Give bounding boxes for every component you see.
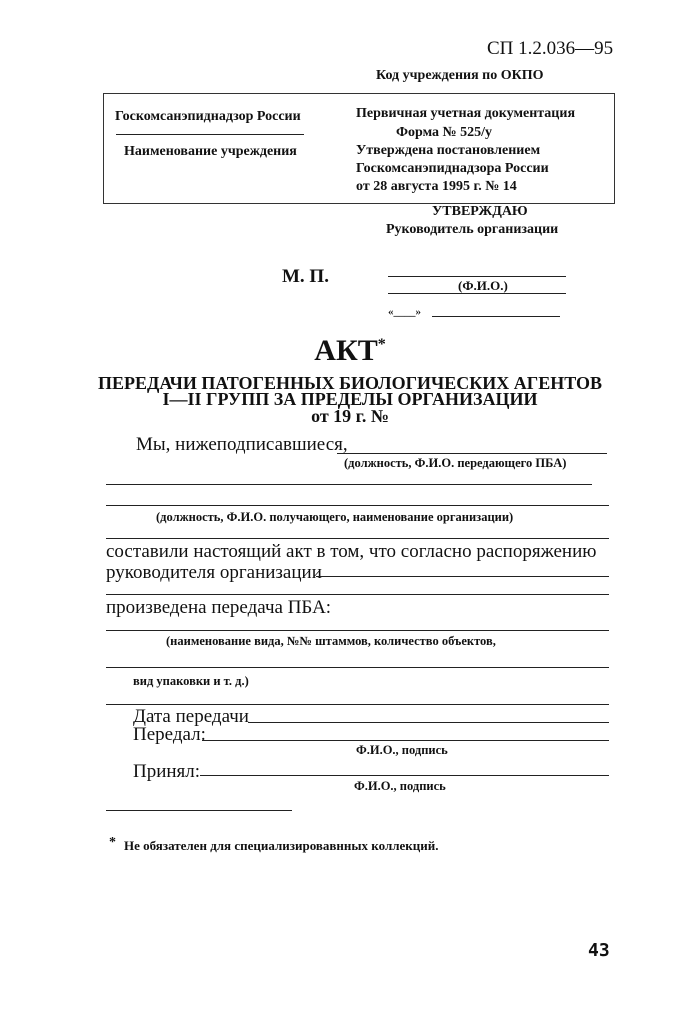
act-title: АКТ* [0,334,700,368]
act-title-text: АКТ [314,334,377,367]
stamp-place: М. П. [282,266,329,288]
institution-name-label: Наименование учреждения [124,144,297,160]
head-fio-caption: (Ф.И.О.) [458,278,508,294]
composed-act-line-2: руководителя организации [106,562,322,584]
approve-heading: УТВЕРЖДАЮ [432,204,528,220]
transfer-caption-2: вид упаковки и т. д.) [133,674,249,689]
org-head-label: Руководитель организации [386,222,558,238]
sender-caption: (должность, Ф.И.О. передающего ПБА) [344,456,566,471]
order-field-line[interactable] [316,576,609,577]
page-number: 43 [588,940,610,961]
form-approval-date: от 28 августа 1995 г. № 14 [356,179,517,195]
sender-field-line[interactable] [337,453,607,454]
receiver-field-line[interactable] [106,505,609,506]
okpo-code-label: Код учреждения по ОКПО [376,68,544,84]
act-date-number: от 19 г. № [0,406,700,427]
received-by-label: Принял: [133,761,200,783]
receiver-caption: (должность, Ф.И.О. получающего, наименов… [156,510,513,525]
sent-by-field[interactable] [202,740,609,741]
footnote-text: Не обязателен для специализировавнных ко… [124,838,439,854]
head-fio-line [388,293,566,294]
transfer-field-line[interactable] [106,630,609,631]
approval-date-day: «____» [388,306,421,318]
act-footnote-mark: * [378,336,386,353]
document-code: СП 1.2.036—95 [487,38,613,60]
received-by-field[interactable] [200,775,609,776]
form-info-line-1: Первичная учетная документация [356,106,575,122]
transfer-caption-1: (наименование вида, №№ штаммов, количест… [166,634,496,649]
signatories-label: Мы, нижеподписавшиеся, [136,434,348,456]
order-field-line-2[interactable] [106,594,609,595]
receiver-field-line-2[interactable] [106,538,609,539]
received-by-caption: Ф.И.О., подпись [354,779,446,794]
transfer-label: произведена передача ПБА: [106,597,331,619]
footnote-separator [106,810,292,811]
form-info-line-4: Госкомсанэпиднадзора России [356,161,549,177]
approval-date-line [432,316,560,317]
sent-by-caption: Ф.И.О., подпись [356,743,448,758]
institution-name-line [116,134,304,135]
composed-act-line-1: составили настоящий акт в том, что согла… [106,541,596,563]
footnote-mark: * [109,835,116,851]
form-number: Форма № 525/у [396,125,492,141]
sent-by-label: Передал: [133,724,206,746]
transfer-field-line-2[interactable] [106,667,609,668]
transfer-field-line-3[interactable] [106,704,609,705]
agency-name: Госкомсанэпиднадзор России [115,109,301,125]
form-info-line-3: Утверждена постановлением [356,143,540,159]
transfer-date-field[interactable] [248,722,609,723]
sender-field-line-2[interactable] [106,484,592,485]
head-signature-line [388,276,566,277]
